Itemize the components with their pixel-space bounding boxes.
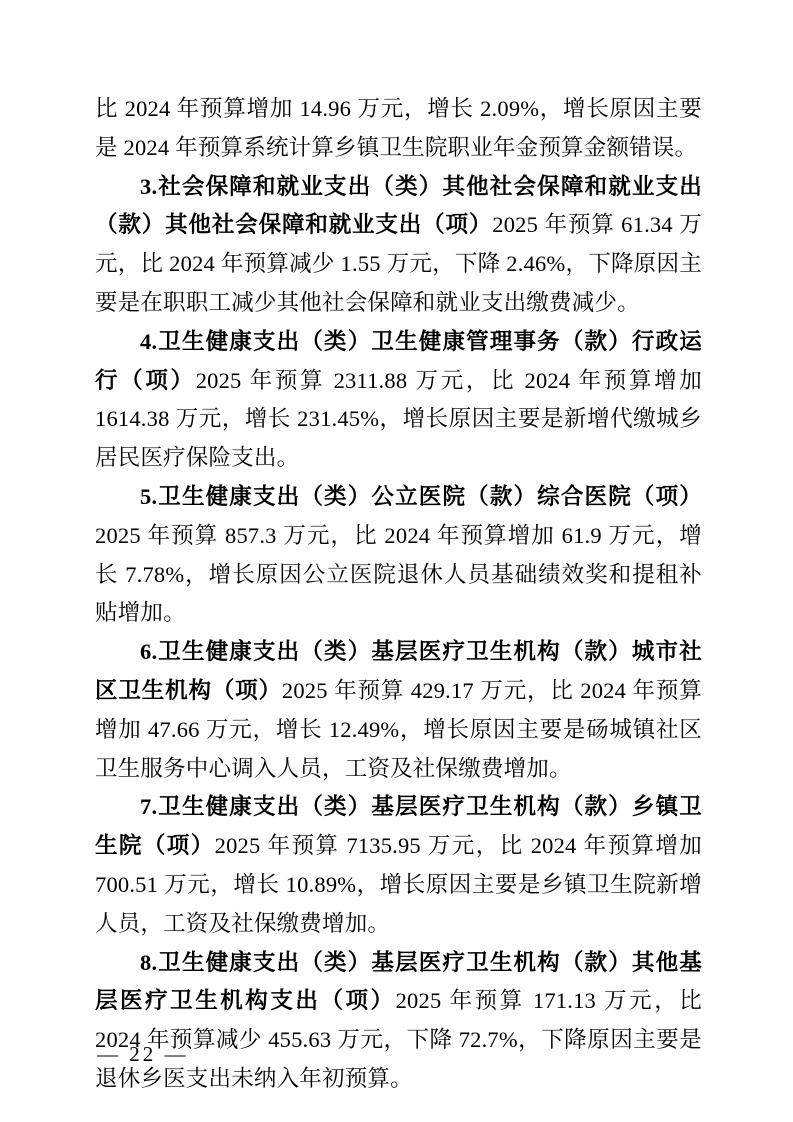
paragraph-item-6: 6.卫生健康支出（类）基层医疗卫生机构（款）城市社区卫生机构（项）2025 年预… [95, 633, 702, 788]
paragraph-item-7: 7.卫生健康支出（类）基层医疗卫生机构（款）乡镇卫生院（项）2025 年预算 7… [95, 788, 702, 943]
page-number: — 22 — [97, 1042, 189, 1067]
paragraph-item-5: 5.卫生健康支出（类）公立医院（款）综合医院（项）2025 年预算 857.3 … [95, 478, 702, 633]
document-body: 比 2024 年预算增加 14.96 万元，增长 2.09%，增长原因主要是 2… [95, 90, 702, 1099]
paragraph-item-3: 3.社会保障和就业支出（类）其他社会保障和就业支出（款）其他社会保障和就业支出（… [95, 168, 702, 323]
paragraph-text: 2025 年预算 857.3 万元，比 2024 年预算增加 61.9 万元，增… [95, 523, 702, 626]
paragraph-text: 比 2024 年预算增加 14.96 万元，增长 2.09%，增长原因主要是 2… [95, 96, 702, 160]
paragraph-continuation: 比 2024 年预算增加 14.96 万元，增长 2.09%，增长原因主要是 2… [95, 90, 702, 168]
paragraph-item-8: 8.卫生健康支出（类）基层医疗卫生机构（款）其他基层医疗卫生机构支出（项）202… [95, 944, 702, 1099]
paragraph-item-4: 4.卫生健康支出（类）卫生健康管理事务（款）行政运行（项）2025 年预算 23… [95, 323, 702, 478]
document-page: 比 2024 年预算增加 14.96 万元，增长 2.09%，增长原因主要是 2… [0, 0, 793, 1122]
paragraph-heading: 5.卫生健康支出（类）公立医院（款）综合医院（项） [140, 484, 702, 509]
